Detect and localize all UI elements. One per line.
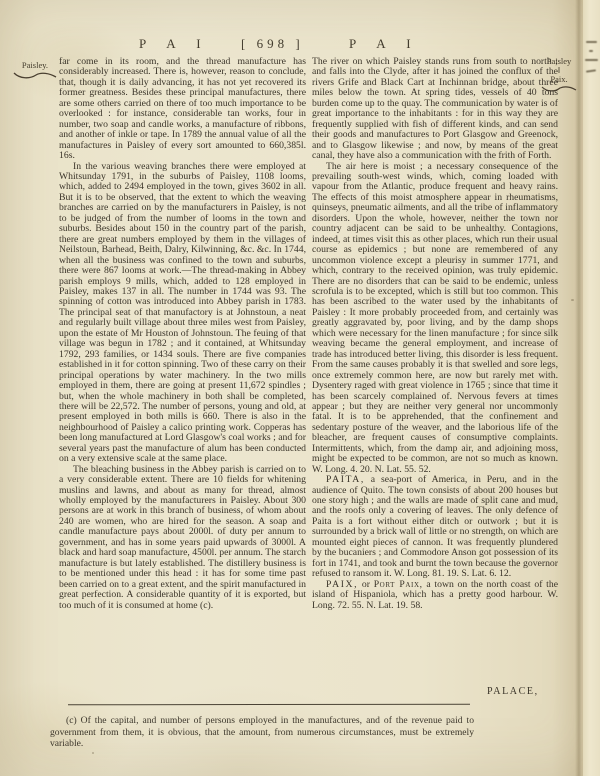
text-column-right: The river on which Paisley stands runs f… bbox=[312, 57, 558, 611]
footnote: (c) Of the capital, and number of person… bbox=[50, 715, 474, 750]
entry-connector: or bbox=[358, 579, 374, 590]
entry-headword-paita: PAITA, bbox=[326, 474, 365, 485]
entry-body-paita: a sea-port of America, in Peru, and in t… bbox=[312, 474, 558, 579]
paragraph-paita: PAITA, a sea-port of America, in Peru, a… bbox=[312, 475, 558, 580]
margin-swash-left-icon bbox=[13, 71, 57, 80]
running-title-right: P A I bbox=[349, 36, 420, 52]
paragraph: The bleaching business in the Abbey pari… bbox=[59, 465, 306, 611]
paragraph: The river on which Paisley stands runs f… bbox=[312, 57, 558, 162]
paragraph-paix: PAIX, or Port Paix, a town on the north … bbox=[312, 580, 558, 611]
adjacent-page-text-fragment bbox=[585, 59, 598, 61]
catchword: PALACE, bbox=[487, 686, 539, 697]
entry-headword-port-paix: Port Paix, bbox=[374, 579, 423, 590]
paragraph: The air here is moist ; a necessary cons… bbox=[312, 162, 558, 476]
scanned-book-page: P A I [ 698 ] P A I Paisley. Paisley ‖ P… bbox=[0, 0, 600, 776]
margin-note-left-label: Paisley. bbox=[22, 60, 48, 70]
paragraph: In the various weaving branches there we… bbox=[59, 162, 306, 465]
page-crease-shadow bbox=[575, 0, 582, 776]
adjacent-page-text-fragment bbox=[589, 50, 593, 52]
paper-speck bbox=[92, 752, 94, 754]
entry-headword-paix: PAIX, bbox=[326, 579, 358, 590]
running-title-left: P A I bbox=[139, 36, 210, 52]
page-number: [ 698 ] bbox=[241, 36, 304, 52]
text-column-left: far come in its room, and the thread man… bbox=[59, 57, 306, 611]
adjacent-page-text-fragment bbox=[586, 41, 597, 43]
margin-note-left: Paisley. bbox=[12, 61, 58, 80]
footnote-rule bbox=[68, 704, 470, 706]
paragraph: far come in its room, and the thread man… bbox=[59, 57, 306, 162]
paper-speck bbox=[571, 299, 574, 301]
next-page-edge bbox=[583, 0, 600, 776]
